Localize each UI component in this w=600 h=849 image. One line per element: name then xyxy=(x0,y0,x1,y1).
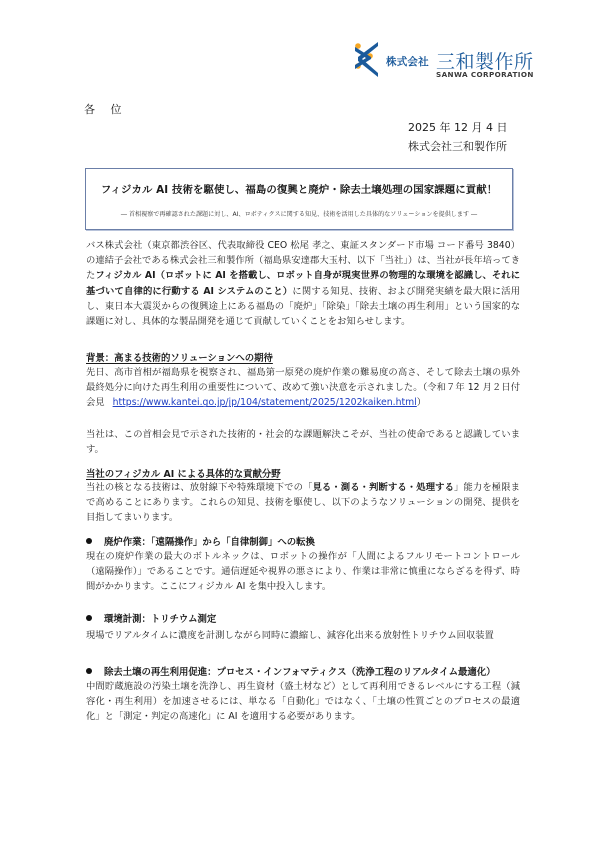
solution-2-title: 環境計測：トリチウム測定 xyxy=(104,614,216,625)
solution-3-heading: 除去土壌の再生利用促進：プロセス・インフォマティクス（洗浄工程のリアルタイム最適… xyxy=(86,664,496,678)
company-logo: 株式会社 三和製作所 SANWA CORPORATION xyxy=(352,40,552,82)
solution-1-title: 廃炉作業：「遠隔操作」から「自律制御」への転換 xyxy=(104,537,315,548)
title-box: フィジカル AI 技術を駆使し、福島の復興と廃炉・除去土壌処理の国家課題に貢献！… xyxy=(85,168,513,230)
issuer-name: 株式会社三和製作所 xyxy=(408,137,507,156)
solution-1-paragraph: 現在の廃炉作業の最大のボトルネックは、ロボットの操作が「人間によるフルリモートコ… xyxy=(86,549,520,595)
contribution-heading: 当社のフィジカル AI による具体的な貢献分野 xyxy=(86,466,281,480)
release-date: 2025 年 12 月 4 日 xyxy=(408,118,507,137)
bullet-icon xyxy=(86,538,92,544)
background-heading: 背景：高まる技術的ソリューションへの期待 xyxy=(86,350,273,364)
logo-english-name: SANWA CORPORATION xyxy=(436,70,534,79)
release-subtitle: ― 首相視察で再確認された課題に対し、AI、ロボティクスに関する知見、技術を活用… xyxy=(86,209,512,218)
kantei-statement-link[interactable]: https://www.kantei.go.jp/jp/104/statemen… xyxy=(113,397,417,408)
mission-paragraph: 当社は、この首相会見で示された技術的・社会的な課題解決こそが、当社の使命であると… xyxy=(86,427,520,457)
solution-2-paragraph: 現場でリアルタイムに濃度を計測しながら同時に濃縮し、減容化出来る放射性トリチウム… xyxy=(86,628,520,643)
contribution-text-1: 当社の核となる技術は、放射線下や特殊環境下での「 xyxy=(86,482,312,493)
sanwa-logo-mark-icon xyxy=(352,42,382,78)
bullet-icon xyxy=(86,615,92,621)
intro-paragraph: バス株式会社（東京都渋谷区、代表取締役 CEO 松尾 孝之、東証スタンダード市場… xyxy=(86,238,520,329)
solution-3-title: 除去土壌の再生利用促進：プロセス・インフォマティクス（洗浄工程のリアルタイム最適… xyxy=(104,667,496,678)
logo-company-type: 株式会社 xyxy=(386,54,429,69)
release-title: フィジカル AI 技術を駆使し、福島の復興と廃炉・除去土壌処理の国家課題に貢献！ xyxy=(86,181,512,196)
bullet-icon xyxy=(86,668,92,674)
addressee: 各 位 xyxy=(84,101,128,117)
contribution-paragraph: 当社の核となる技術は、放射線下や特殊環境下での「見る・測る・判断する・処理する」… xyxy=(86,480,520,526)
solution-3-paragraph: 中間貯蔵施設の汚染土壌を洗浄し、再生資材（盛土材など）として再利用できるレベルに… xyxy=(86,679,520,725)
solution-2-heading: 環境計測：トリチウム測定 xyxy=(86,611,216,625)
contribution-bold-capabilities: 見る・測る・判断する・処理する xyxy=(312,482,454,493)
background-paragraph: 先日、高市首相が福島県を視察され、福島第一原発の廃炉作業の難易度の高さ、そして除… xyxy=(86,365,520,411)
press-release-page: 株式会社 三和製作所 SANWA CORPORATION 各 位 2025 年 … xyxy=(0,0,600,849)
solution-1-heading: 廃炉作業：「遠隔操作」から「自律制御」への転換 xyxy=(86,534,315,548)
background-close-paren: ） xyxy=(417,397,426,408)
date-block: 2025 年 12 月 4 日 株式会社三和製作所 xyxy=(408,118,507,156)
